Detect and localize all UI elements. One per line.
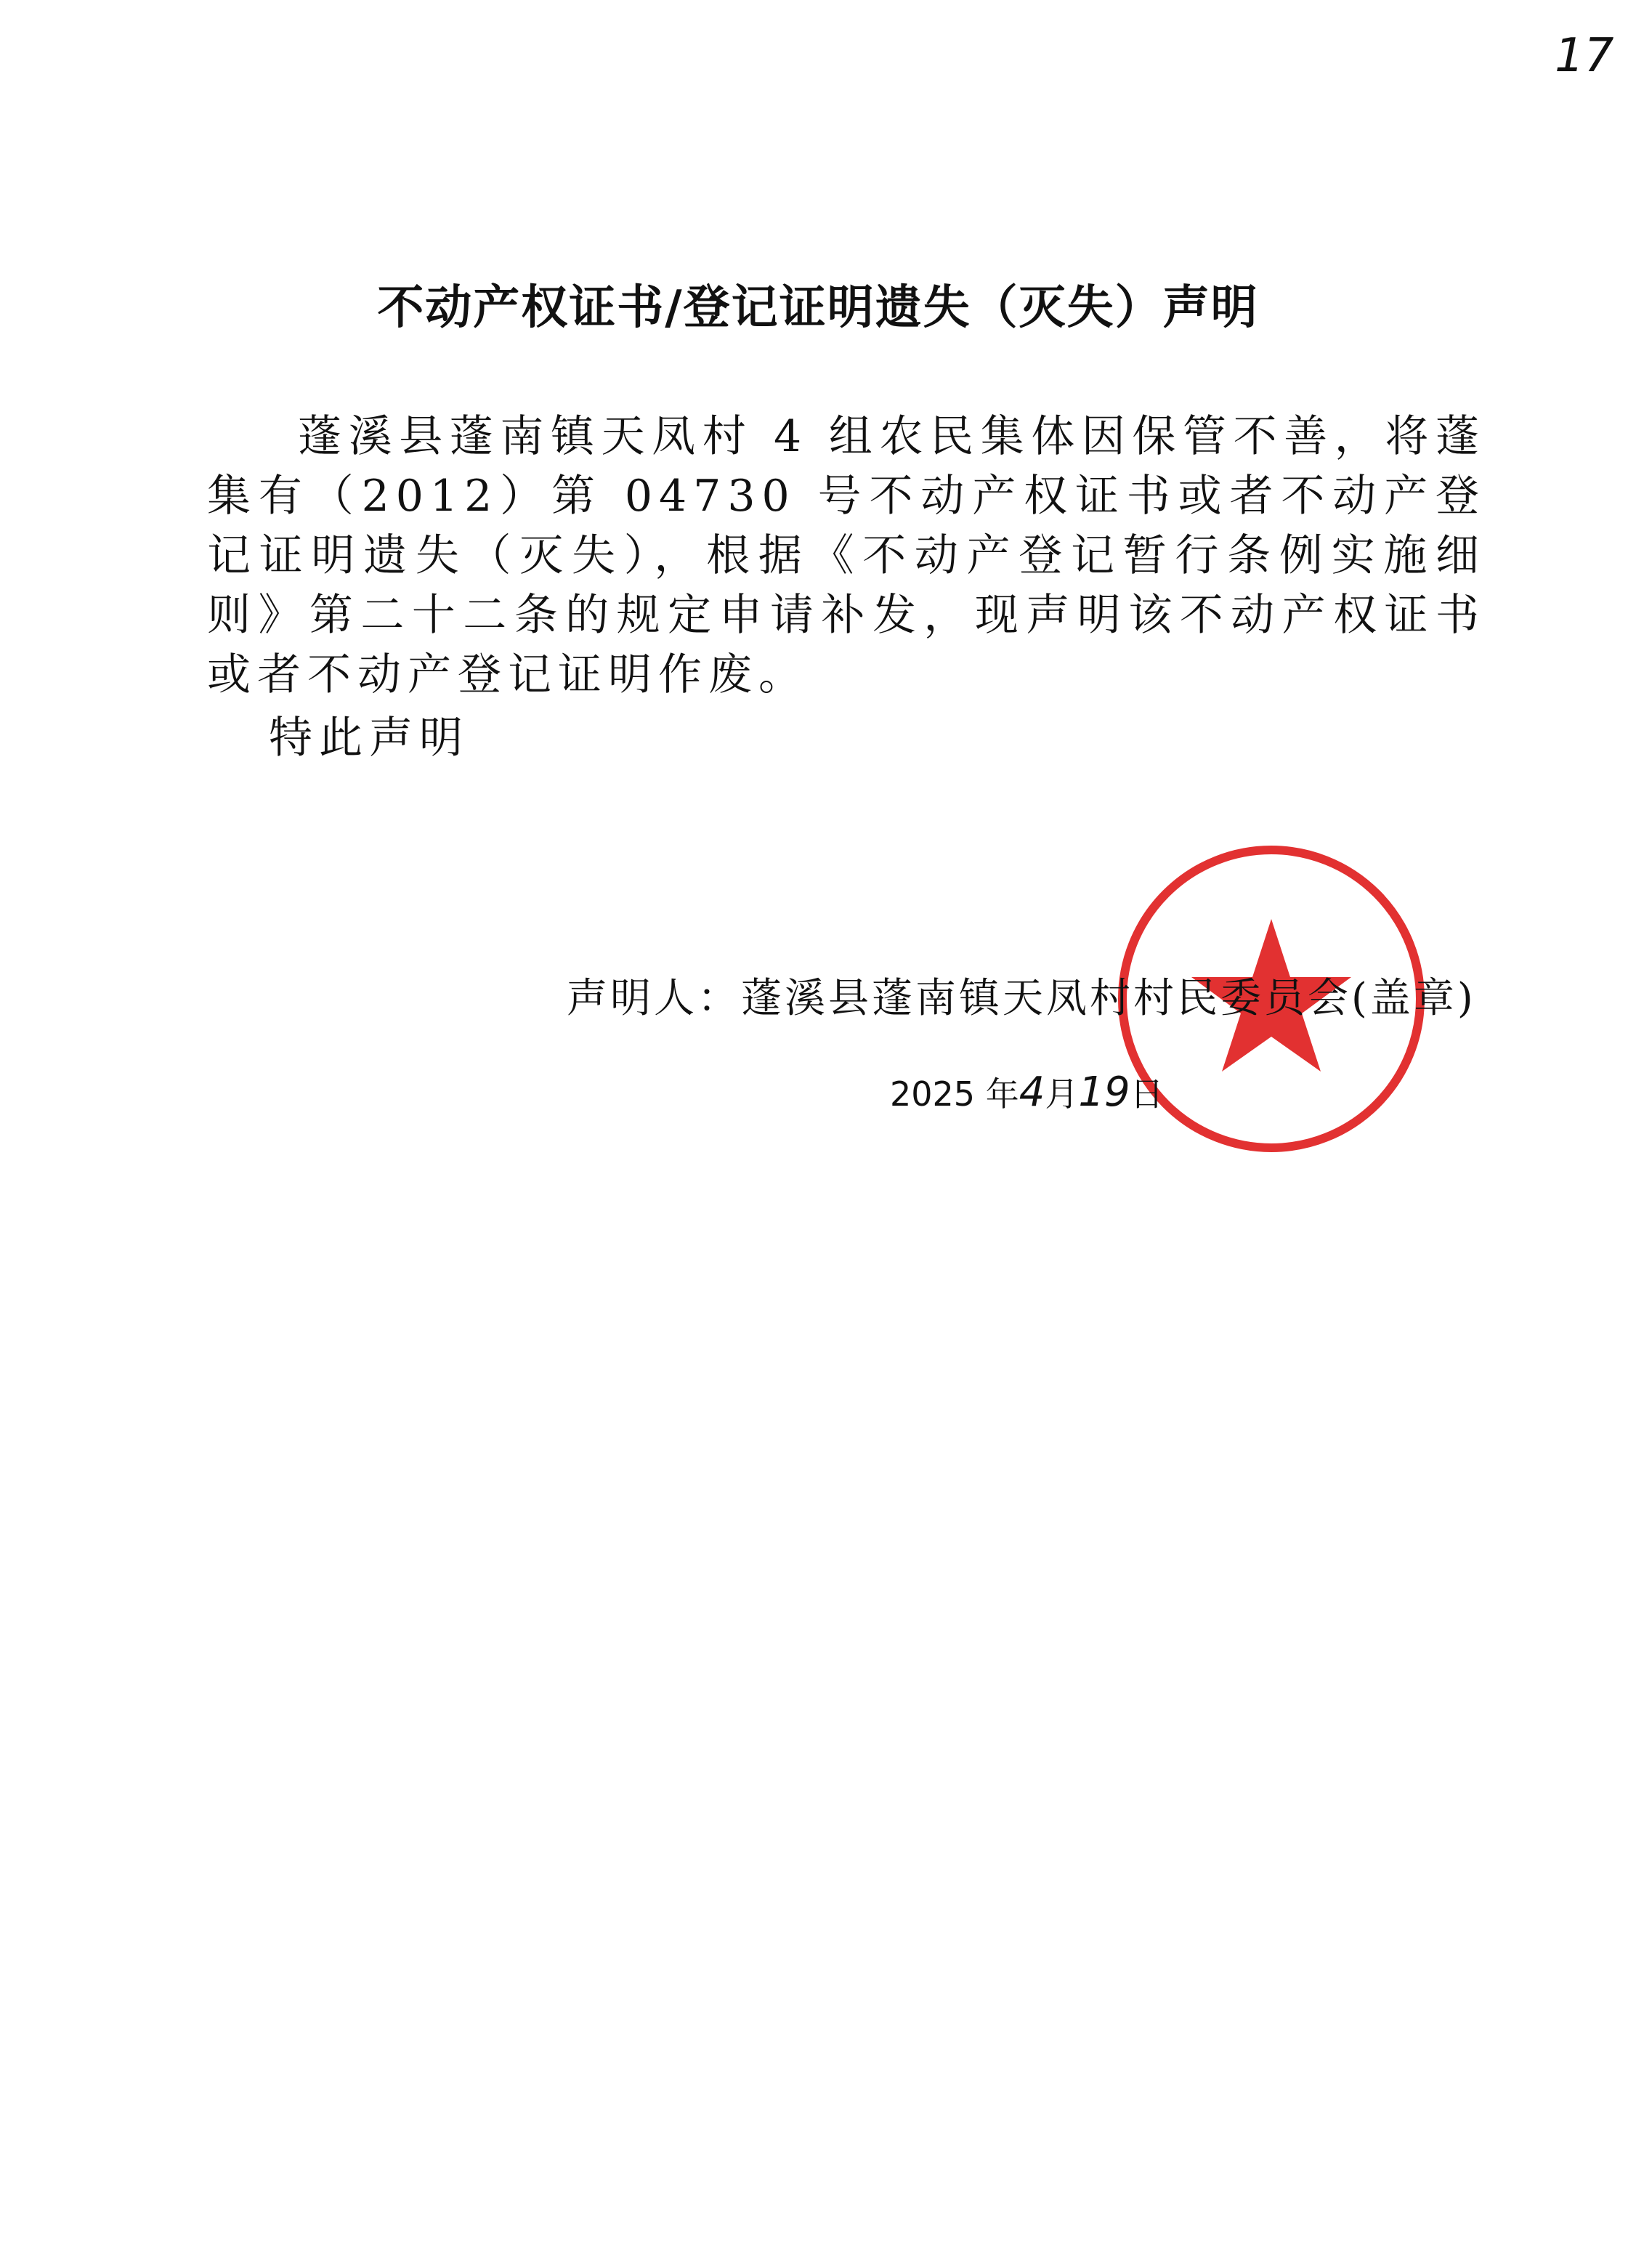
seal-note: (盖章) <box>1351 975 1476 1022</box>
page-number: 17 <box>1555 29 1613 83</box>
declaration-date: 2025 年4月19日 <box>890 1068 1164 1116</box>
date-year-unit: 年 <box>986 1074 1019 1114</box>
signatory-name: 蓬溪县蓬南镇天凤村村民委员会 <box>741 975 1351 1022</box>
date-year: 2025 <box>890 1074 975 1114</box>
date-day: 19 <box>1078 1069 1130 1116</box>
date-month: 4 <box>1019 1069 1045 1116</box>
body-paragraph: 蓬溪县蓬南镇天凤村 4 组农民集体因保管不善，将蓬集有（2012）第 04730… <box>207 407 1486 705</box>
closing-statement: 特此声明 <box>269 703 469 766</box>
signatory-label: 声明人： <box>567 975 741 1022</box>
signatory-line: 声明人：蓬溪县蓬南镇天凤村村民委员会(盖章) <box>567 966 1476 1024</box>
document-body: 蓬溪县蓬南镇天凤村 4 组农民集体因保管不善，将蓬集有（2012）第 04730… <box>207 407 1486 705</box>
date-month-unit: 月 <box>1045 1074 1078 1114</box>
document-title: 不动产权证书/登记证明遗失（灭失）声明 <box>0 270 1636 337</box>
date-day-unit: 日 <box>1130 1074 1164 1114</box>
